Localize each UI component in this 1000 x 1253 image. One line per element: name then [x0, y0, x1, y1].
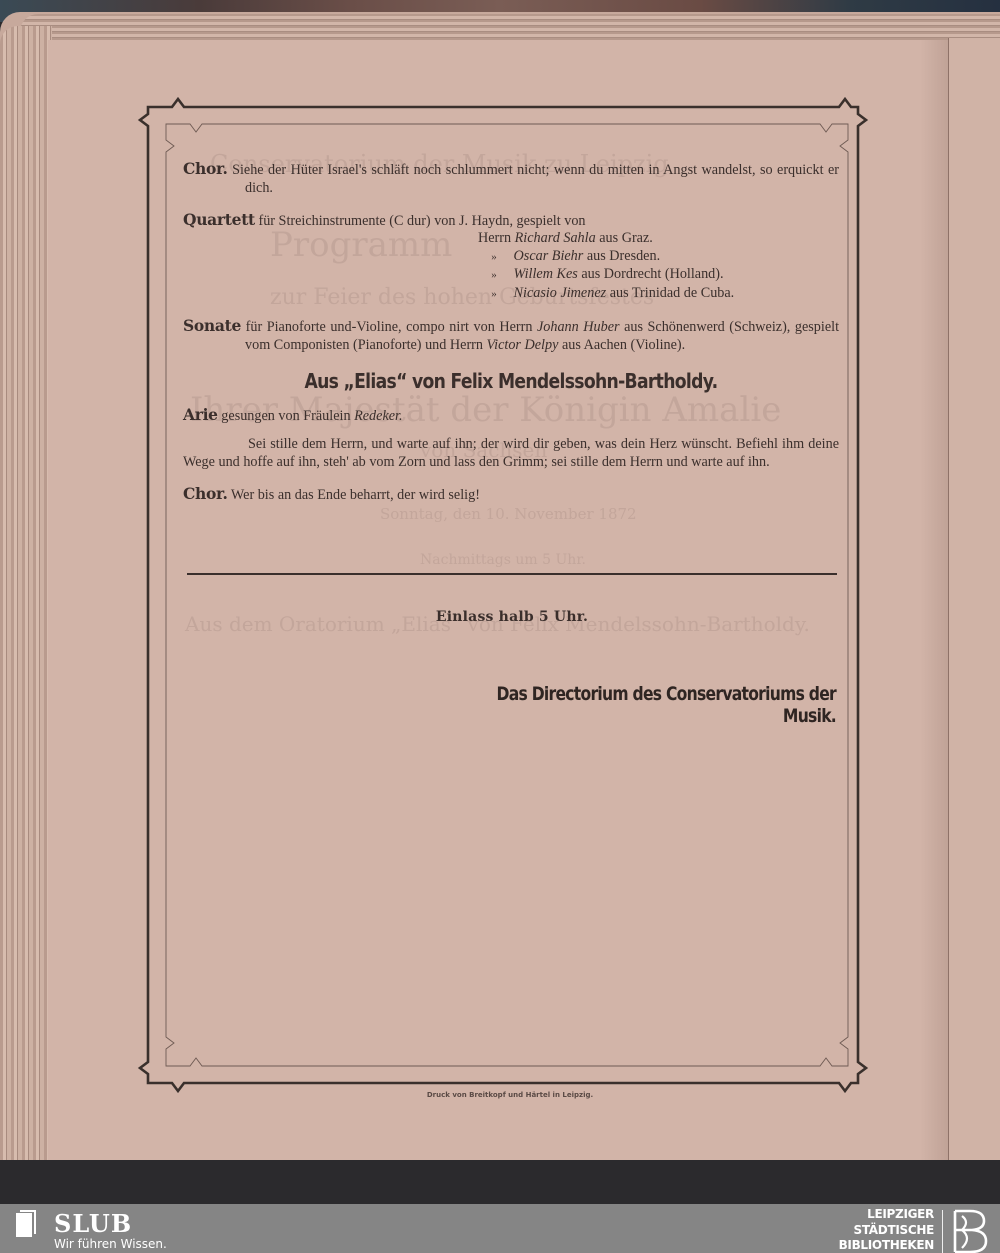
section-heading-elias: Aus „Elias“ von Felix Mendelssohn-Bartho… — [229, 372, 793, 390]
performer-list: Herrn Richard Sahla aus Graz. » Oscar Bi… — [478, 230, 839, 303]
violinist-name: Victor Delpy — [487, 337, 559, 353]
singer-name: Redeker. — [354, 408, 402, 424]
entry-text: für Streichinstrumente (C dur) von J. Ha… — [258, 213, 585, 229]
composer-name: Johann Huber — [537, 319, 620, 335]
performer: » Nicasio Jimenez aus Trinidad de Cuba. — [478, 285, 839, 304]
entry-text: Siehe der Hüter Israel's schläft noch sc… — [232, 162, 839, 196]
entry-lead: Sonate — [183, 316, 241, 335]
horizontal-rule — [187, 573, 837, 575]
performer: Herrn Richard Sahla aus Graz. — [478, 230, 839, 248]
performer: » Willem Kes aus Dordrecht (Holland). — [478, 266, 839, 285]
entry-lead: Chor. — [183, 484, 228, 503]
facing-page-edge — [948, 38, 1000, 1182]
program-entry-final-chor: Chor. Wer bis an das Ende beharrt, der w… — [183, 485, 839, 504]
admission-time: Einlass halb 5 Uhr. — [188, 609, 836, 625]
entry-lead: Quartett — [183, 210, 255, 229]
aria-lyrics: Sei stille dem Herrn, und warte auf ihn;… — [183, 435, 839, 471]
program-entry-arie: Arie gesungen von Fräulein Redeker. Sei … — [183, 406, 839, 471]
slub-tagline: Wir führen Wissen. — [54, 1237, 167, 1251]
program-entry-quartett: Quartett für Streichinstrumente (C dur) … — [183, 211, 839, 303]
footer-divider — [942, 1210, 943, 1253]
page-edges-top — [20, 14, 1000, 42]
scan-background — [0, 1160, 1000, 1204]
gutter-shadow — [920, 40, 950, 1180]
program-content: Chor. Siehe der Hüter Israel's schläft n… — [183, 160, 839, 518]
lsb-b-logo-icon — [950, 1208, 990, 1253]
slub-book-icon — [12, 1208, 42, 1238]
entry-lead: Arie — [183, 405, 218, 424]
footer-bar: SLUB Wir führen Wissen. LEIPZIGER STÄDTI… — [0, 1204, 1000, 1253]
page-edges-left — [0, 26, 52, 1176]
program-entry-sonate: Sonate für Pianoforte und-Violine, compo… — [183, 317, 839, 354]
entry-lead: Chor. — [183, 159, 228, 178]
performer: » Oscar Biehr aus Dresden. — [478, 248, 839, 267]
printer-imprint: Druck von Breitkopf und Härtel in Leipzi… — [380, 1091, 640, 1099]
signature-directorium: Das Directorium des Conservatoriums der … — [462, 683, 836, 727]
lsb-brand[interactable]: LEIPZIGER STÄDTISCHE BIBLIOTHEKEN — [839, 1207, 934, 1253]
slub-brand[interactable]: SLUB — [54, 1209, 132, 1238]
program-entry-chor: Chor. Siehe der Hüter Israel's schläft n… — [183, 160, 839, 197]
